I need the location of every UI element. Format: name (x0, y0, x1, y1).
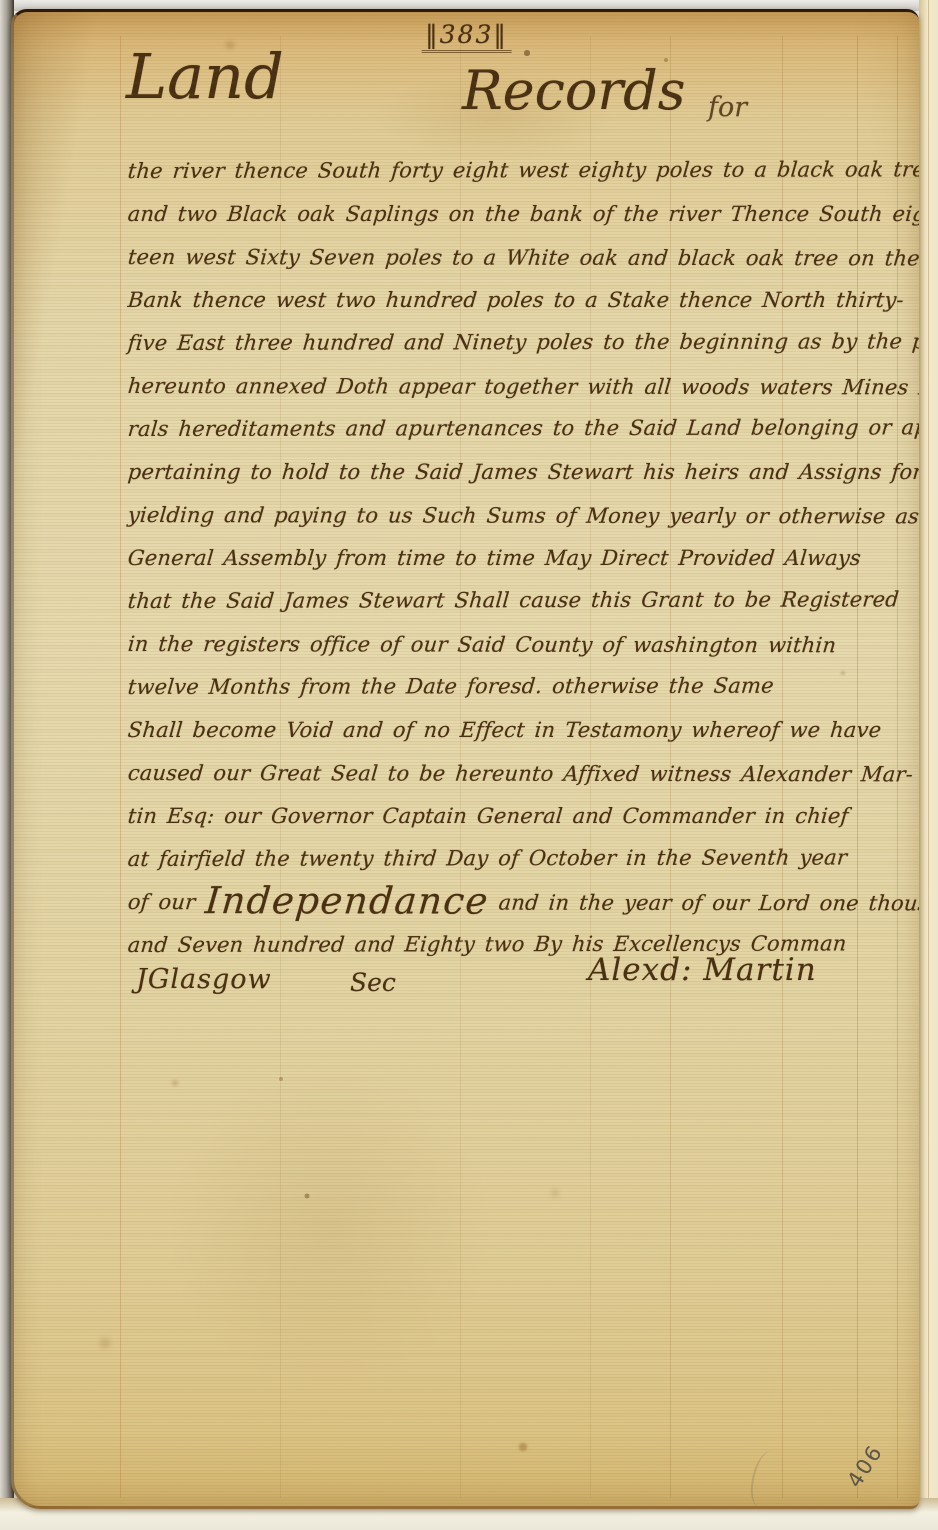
manuscript-line: teen west Sixty Seven poles to a White o… (126, 236, 919, 280)
manuscript-line: pertaining to hold to the Said James Ste… (126, 451, 919, 494)
manuscript-line: and two Black oak Saplings on the bank o… (126, 193, 919, 236)
manuscript-body: the river thence South forty eight west … (126, 150, 916, 967)
header-word-records: Records (462, 64, 685, 118)
scanned-manuscript-page: { "page": { "folio_display": "‖383‖", "f… (0, 0, 938, 1530)
manuscript-line: five East three hundred and Ninety poles… (126, 320, 919, 365)
paper-stain (164, 1062, 494, 1392)
secretary-signature: JGlasgow (136, 964, 272, 995)
foxing-specks (14, 12, 16, 14)
manuscript-line: Shall become Void and of no Effect in Te… (126, 709, 919, 752)
line-text: of our (127, 890, 207, 914)
emphasized-word: Independance (204, 879, 491, 922)
header-word-for: for (708, 92, 747, 123)
next-page-edge (919, 0, 938, 1518)
pencil-mark (748, 1448, 784, 1509)
manuscript-line: yielding and paying to us Such Sums of M… (126, 494, 919, 538)
manuscript-line: the river thence South forty eight west … (126, 148, 919, 193)
page-crease (928, 0, 929, 1518)
governor-signature: Alexd: Martin (588, 952, 817, 988)
manuscript-line: tin Esq: our Governor Captain General an… (126, 795, 919, 838)
header-word-land: Land (126, 46, 284, 108)
manuscript-line: caused our Great Seal to be hereunto Aff… (126, 752, 919, 796)
manuscript-line: of our Independance and in the year of o… (126, 881, 919, 925)
manuscript-line: in the registers office of our Said Coun… (126, 623, 919, 667)
secretary-title: Sec (350, 968, 396, 997)
archival-page-number: 406 (842, 1440, 887, 1492)
manuscript-line: that the Said James Stewart Shall cause … (126, 578, 919, 623)
margin-rule-line (120, 36, 121, 1498)
manuscript-line: General Assembly from time to time May D… (126, 537, 919, 580)
manuscript-line: Bank thence west two hundred poles to a … (126, 279, 919, 322)
folio-number: ‖383‖ (421, 20, 512, 53)
line-text: and in the year of our Lord one thous- (488, 891, 919, 916)
manuscript-line: rals hereditaments and apurtenances to t… (126, 406, 919, 451)
manuscript-sheet: ‖383‖ Land Records for the river thence … (11, 9, 919, 1509)
manuscript-line: at fairfield the twenty third Day of Oct… (126, 836, 919, 881)
manuscript-line: hereunto annexed Doth appear together wi… (126, 365, 919, 409)
manuscript-line: twelve Months from the Date foresd. othe… (126, 664, 919, 709)
